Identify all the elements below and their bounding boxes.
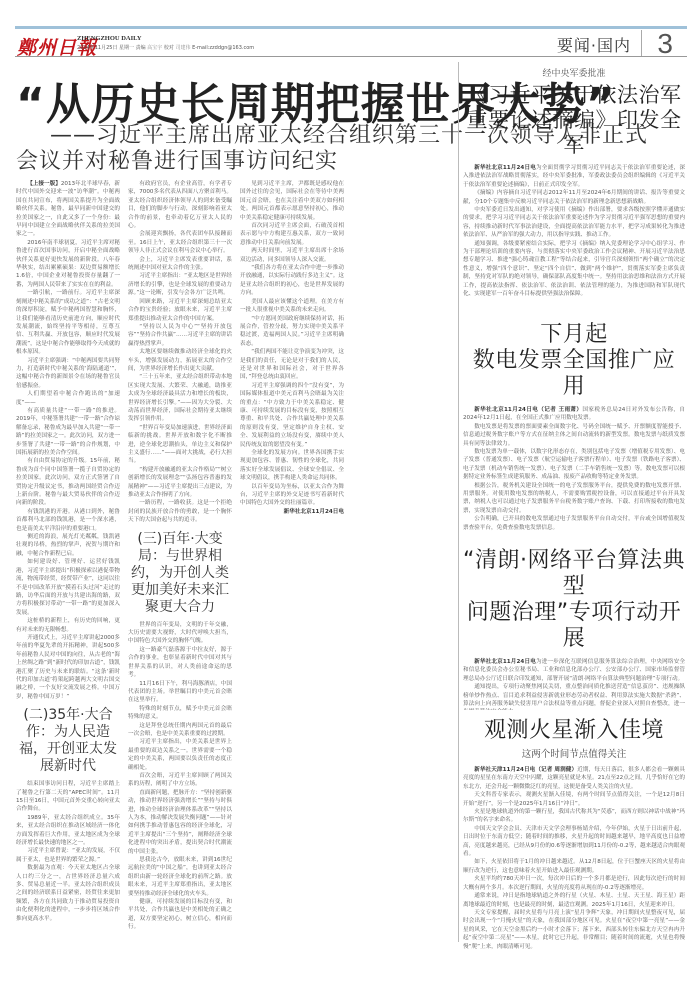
paragraph: 两天时间里，习近平主席出席十余场双边活动，同多国领导人深入交流。 <box>240 247 344 264</box>
paragraph: 公告明确，已开具的数电发票通过电子发票服务平台自动交付，平台或全国增值税发票查验… <box>463 515 685 532</box>
paragraph: 新华社天津11月24日电（记者 周润健）近期，每天日落后，很多人都会看一颗颇具亮… <box>463 766 685 791</box>
paragraph: 2016年南半球初夏，习近平主席对秘鲁进行首次国事访问，开启中秘全面战略伙伴关系… <box>16 239 120 289</box>
paragraph: 开通仪式上，习近平主席讲起2000多年前的华夏先辈的开拓精神，讲起500多年前秘… <box>16 634 120 701</box>
paragraph: 有高质量共建“一带一路”的推进。2019年，中秘签署共建“一带一路”合作谅解备忘… <box>16 407 120 457</box>
paragraph: 回顾来路，习近平主席深刻总结亚太合作的宝贵经验；放眼未来，习近平主席郑重提出推动… <box>128 298 232 323</box>
paragraph: 习近平主席曾说：“亚太的发展，不仅属于亚太，也是世界的繁荣之源。” <box>16 847 120 864</box>
paragraph: “我们两国不能让竞争演变为冲突，这是我们的责任，无论是对于我们的人民，还是对世界… <box>240 348 344 382</box>
paragraph: “坚持以人民为中心”“坚持开放包容”“坚持合作共赢”……习近平主席的讲话赢得热烈… <box>128 323 232 348</box>
paragraph: 中国天文学会会员、天津市天文学会理事杨婧介绍，今年伊始，火星于日出前升起，日出时… <box>463 825 685 859</box>
main-article-column-4 <box>352 180 454 945</box>
paragraph: 首次会晤，习近平主席回顾了两国关系的历程，阐明了中方立场。 <box>128 772 232 789</box>
paragraph: 天文专家提醒，届时火星将与月亮上演“星月争辉”天象，冲日期间火星整夜可见，届时会… <box>463 909 685 951</box>
paragraph: 新华社北京11月24日电为全面贯彻学习贯彻习近平同志关于依法治军重要论述，深入推… <box>463 164 685 189</box>
paragraph: 首次同习近平主席会面，石破茂首相表示愿与中方构建互惠关系，双方一致同意推动中日关… <box>240 222 344 247</box>
article-military-law: 经中央军委批准 《习近平关于依法治军重要论述摘编》印发全军 新华社北京11月24… <box>463 66 685 306</box>
paragraph: 世界的百年变局，文明的千年交融，大历史需要大视野，大时代呼唤大担当，中国特色大国… <box>128 621 232 646</box>
paragraph: 一路引航，一路前行。习近平主席深刻阐述中秘关系的“成功之道”：“古老文明的深厚积… <box>16 289 120 356</box>
paragraph: “中方愿同美国政府继续保持对话，拓展合作，管控分歧，努力实现中美关系平稳过渡，造… <box>240 315 344 349</box>
paragraph: 全球化的发展方向。世界各国携手实现更加包容、普惠、韧性的全球化，共同落实好全球发… <box>240 449 344 483</box>
paragraph: “我们各方将在亚太合作中进一步推动开放融通，以实际行动践行多边主义”。这是亚太经… <box>240 264 344 298</box>
contact-email: E-mail:zzddgn@163.com <box>192 45 254 51</box>
paragraph: 11月16日下午，利马海豚酒店，中国代表团的主场。举世瞩目的中美元首会晤在这里举… <box>128 680 232 705</box>
paragraph: 数电发票是将发票的票面要素全面数字化、号码全国统一赋予、开票额度智能授予、信息通… <box>463 423 685 448</box>
newspaper-english-name: ZHENGZHOU DAILY <box>77 35 142 42</box>
paragraph: 特殊的时刻节点，赋予中美元首会晤特殊的意义。 <box>128 705 232 722</box>
paragraph: 新华社北京11月24日电（记者 王雨萧）国家税务总局24日对外发布公告称，自20… <box>463 406 685 423</box>
article-body: 新华社北京11月24日电（记者 王雨萧）国家税务总局24日对外发布公告称，自20… <box>463 406 685 532</box>
article-kicker: 经中央军委批准 <box>463 66 685 79</box>
section-subhead: (二)35年·大合作：为人民造福，开创亚太发展新时代 <box>16 707 120 775</box>
paragraph: 侧近的海浪，展光灯光粼粼，钱凯港壮观的吊桥，热烈的掌声，祝贺与期许和融，中秘合作… <box>16 533 120 558</box>
paragraph: “世界百年变局加速演进，世界经济面临新的挑战。世界开放和数字化不断推进，逆全球化… <box>128 424 232 466</box>
paragraph: 会展迎宾飘扬，各代表团车队接踵而至。16日上午，亚太经合组织第三十一次领导人非正… <box>128 230 232 255</box>
paragraph: 这一路豪气磊落源于中拉友好，源于合作的事业，也彰显着新时代中国对其与世界关系的认… <box>128 646 232 680</box>
page-number: 3 <box>657 28 673 60</box>
main-article-column-1: 【上接一版】2013年北半球早春，新时代中国外交迎来一波“访华潮”。中秘两国在共… <box>16 180 120 945</box>
paragraph: 会上，习近平主席发表重要讲话，系统阐述中国对亚太合作的主张。 <box>128 256 232 273</box>
paragraph: 通知提出，专项行动聚焦网民关切，重点整治同质化推送营造“信息茧房”、违规操纵榜单… <box>463 683 685 710</box>
proofreader-name: 司建伟 <box>175 45 190 51</box>
paragraph: 中央军委近日发出通知，对学习使用《摘编》作出部署，要求各级按照学懂弄通做实的要求… <box>463 206 685 240</box>
paragraph: 以百年变局为坐标，以亚太合作为舞台，习近平主席的外交足迹书写着新时代中国特色大国… <box>240 483 344 508</box>
paragraph: 人们期望着中秘合作跑出的“加速度”—— <box>16 390 120 407</box>
article-headline: 观测火星渐入佳境 <box>463 718 685 744</box>
paragraph: 这是拜登总统任期内两国元首的最后一次会晤，也是中美关系重要的过渡期。 <box>128 722 232 739</box>
dateline: 新华社北京11月24日电 <box>474 659 536 665</box>
paragraph: 一路历程，一路收获。这是一个拒绝封闭的民族开放合作的勇敢，是一个胸怀天下的大国奋… <box>128 499 232 524</box>
paragraph: 通知强调，各级要紧密结合实际，把学习《摘编》纳入党委理论学习中心组学习、作为干部… <box>463 240 685 299</box>
section-subhead: (三)百年·大变局：与世界相约，为开创人类更加美好未来汇聚更大合力 <box>128 531 232 616</box>
issue-date-editor-label: 2024年11月25日 星期一 责编 <box>77 45 146 51</box>
dateline: 新华社天津11月24日电（记者 周润健） <box>474 767 577 773</box>
article-end-dateline: 新华社北京11月24日电 <box>240 508 344 516</box>
paragraph: 思我论古今，放眼未来，讲到16世纪远航拉美的“中国之船”，也讲到亚太经合组织由新… <box>128 856 232 898</box>
article-e-invoice: 下月起 数电发票全国推广应用 新华社北京11月24日电（记者 王雨萧）国家税务总… <box>463 322 685 532</box>
article-headline-line2: 问题治理”专项行动开展 <box>463 600 685 652</box>
paragraph: 美国人最应该懂这个道理。在美方有一批人很重视中美关系的未来走向。 <box>240 298 344 315</box>
article-body: 新华社北京11月24日电为全面贯彻学习贯彻习近平同志关于依法治军重要论述，深入推… <box>463 164 685 299</box>
paragraph: 新华社北京11月24日电为进一步深化互联网信息服务算法综合治理，中央网络安全和信… <box>463 658 685 683</box>
dateline: 新华社北京11月24日电（记者 王雨萧） <box>474 407 582 413</box>
paragraph: 1989年，亚太经合组织成立。35年来，亚太经合组织在推动区域经济一体化方面发挥… <box>16 814 120 848</box>
paragraph: 这桩桥的新程上，有历史的回响，更有对未来的无限畅想。 <box>16 617 120 634</box>
paragraph: 有钱凯港的开港。从港口到外，秘鲁首都利马北部的钱凯港，是一个深水港，也是南美太平… <box>16 508 120 533</box>
article-body: 新华社北京11月24日电为进一步深化互联网信息服务算法综合治理，中央网络安全和信… <box>463 658 685 710</box>
paragraph: 数据最为直观：今天亚太地区占全球人口约三分之一，占世界经济总量六成多、贸易总量近… <box>16 864 120 923</box>
article-body: 新华社天津11月24日电（记者 周润健）近期，每天日落后，很多人都会看一颗颇具亮… <box>463 766 685 951</box>
column-rule <box>458 62 459 942</box>
dateline: 【上接一版】 <box>27 181 61 187</box>
paragraph: 有政府官员，有企业高管，有学者专家，7000多名代表从四面八方聚首利马。亚太经合… <box>128 180 232 230</box>
paragraph: 如下，火星依旧将于1月的冲日越来越近。从12月8日起，位于巨蟹座天区的火星将由顺… <box>463 858 685 875</box>
paragraph: 数电发票为单一载体，以数字化形态存在，类别包括电子发票（增值税专用发票）、电子发… <box>463 448 685 482</box>
paragraph: 健康，可持续发展的目标没有变，和平共处，合作共赢也是中美相处的正确之道，双方要坚… <box>128 898 232 932</box>
article-mars-observation: 观测火星渐入佳境 这两个时间节点值得关注 新华社天津11月24日电（记者 周润健… <box>463 718 685 970</box>
article-algorithm-governance: “清朗·网络平台算法典型 问题治理”专项行动开展 新华社北京11月24日电为进一… <box>463 548 685 710</box>
paragraph: 《摘编》内容摘自习近平同志2012年11月至2024年6月期间的讲话、报告等重要… <box>463 189 685 206</box>
paragraph: 习近平主席强调：“中秘两国要共同努力，打造新时代中秘关系的‘海陆通道’”，这幅中… <box>16 357 120 391</box>
article-headline-line1: “清朗·网络平台算法典型 <box>463 548 685 600</box>
paragraph: 天文科普专家表示，观测火星渐入佳境，有两个时间节点值得关注，一个是12月8日开始… <box>463 791 685 808</box>
paragraph: 根据公告，税务机关建设全国统一的电子发票服务平台，提供免费的数电发票开票、用票服… <box>463 482 685 516</box>
paragraph: 如何建设好、管理好、运营好钱凯港，习近平主席提出“积极探索以港促带物流，物流带经… <box>16 558 120 617</box>
main-article-subtitle-line2: 会议并对秘鲁进行国事访问纪实 <box>16 144 338 175</box>
proof-label: 校对 <box>164 45 174 51</box>
paragraph: 【上接一版】2013年北半球早春，新时代中国外交迎来一波“访华潮”。中秘两国在共… <box>16 180 120 239</box>
main-article-column-3: 见到习近平主席，尹都既是感叹他在国外过往的会见，国际社会在等待中美两国元首会晤，… <box>240 180 344 945</box>
paragraph: 结束国事访问日程，习近平主席踏上了秘鲁之行第二天的“APEC时间”。11月15日… <box>16 780 120 814</box>
paragraph: 火星是地球轨道外的第一颗行星，我国古代称其为“荧惑”，而西方则以神话中战神“玛尔… <box>463 808 685 825</box>
main-article-column-2: 有政府官员，有企业高管，有学者专家，7000多名代表从四面八方聚首利马。亚太经合… <box>128 180 232 945</box>
paragraph: 习近平主席指出，中美关系是世界上最重要的双边关系之一。世界需要一个稳定的中美关系… <box>128 738 232 772</box>
masthead: 鄭州日報 ZHENGZHOU DAILY 2024年11月25日 星期一 责编 … <box>15 30 687 57</box>
paragraph: 太地区要继续做推动经济全球化的火车头，增强发展动力，拓展亚太的合作空间，为世界经… <box>128 348 232 373</box>
editor-name: 高宝宇 <box>147 45 162 51</box>
article-headline-line2: 数电发票全国推广应用 <box>463 348 685 400</box>
paragraph: “三十五年来，亚太经合组织带动本地区实现大发展、大繁荣、大融通，助推亚太成为全球… <box>128 373 232 423</box>
article-headline-line1: 下月起 <box>463 322 685 348</box>
paragraph: 通常来说，冲日是指地球轨道之外的行星（火星、木星、土星、天王星、海王星）距离地球… <box>463 892 685 909</box>
paragraph: 有自由贸易协定的升级。15年前，秘鲁成为首个同中国签署一揽子自贸协定的拉美国家。… <box>16 457 120 507</box>
paragraph: 见到习近平主席，尹都既是感叹他在国外过往的会见，国际社会在等待中美两国元首会晤，… <box>240 180 344 222</box>
issue-meta: 2024年11月25日 星期一 责编 高宝宇 校对 司建伟 E-mail:zzd… <box>77 44 254 51</box>
dateline: 新华社北京11月24日电 <box>474 165 536 171</box>
masthead-divider <box>641 30 642 56</box>
paragraph: 习近平主席强调的四个“没有变”，为国际媒体报道中美元首利马会晤最为关注的重点：“… <box>240 382 344 449</box>
masthead-top-rule <box>15 26 687 29</box>
section-label: 要闻·国内 <box>557 33 631 56</box>
paragraph: “构建开放融通的亚太合作格局”“树立创新增长的发展理念”“弘扬包容普惠的发展精神… <box>128 466 232 500</box>
article-headline: 《习近平关于依法治军重要论述摘编》印发全军 <box>463 83 685 158</box>
article-subheadline: 这两个时间节点值得关注 <box>463 746 685 760</box>
paragraph: 火星平均约780天冲日一次，每次冲日后的一个多月都是逆行，因此每次逆行的时间大概… <box>463 875 685 892</box>
paragraph: 直面新问题，把脉开方：“坚持创新驱动，推动世界经济强劲增长”“坚持与时俱进，推动… <box>128 789 232 856</box>
paragraph: 习近平主席指出：“亚太地区是世界经济增长的引擎，也是全球发展的重要动力源。”这一… <box>128 272 232 297</box>
